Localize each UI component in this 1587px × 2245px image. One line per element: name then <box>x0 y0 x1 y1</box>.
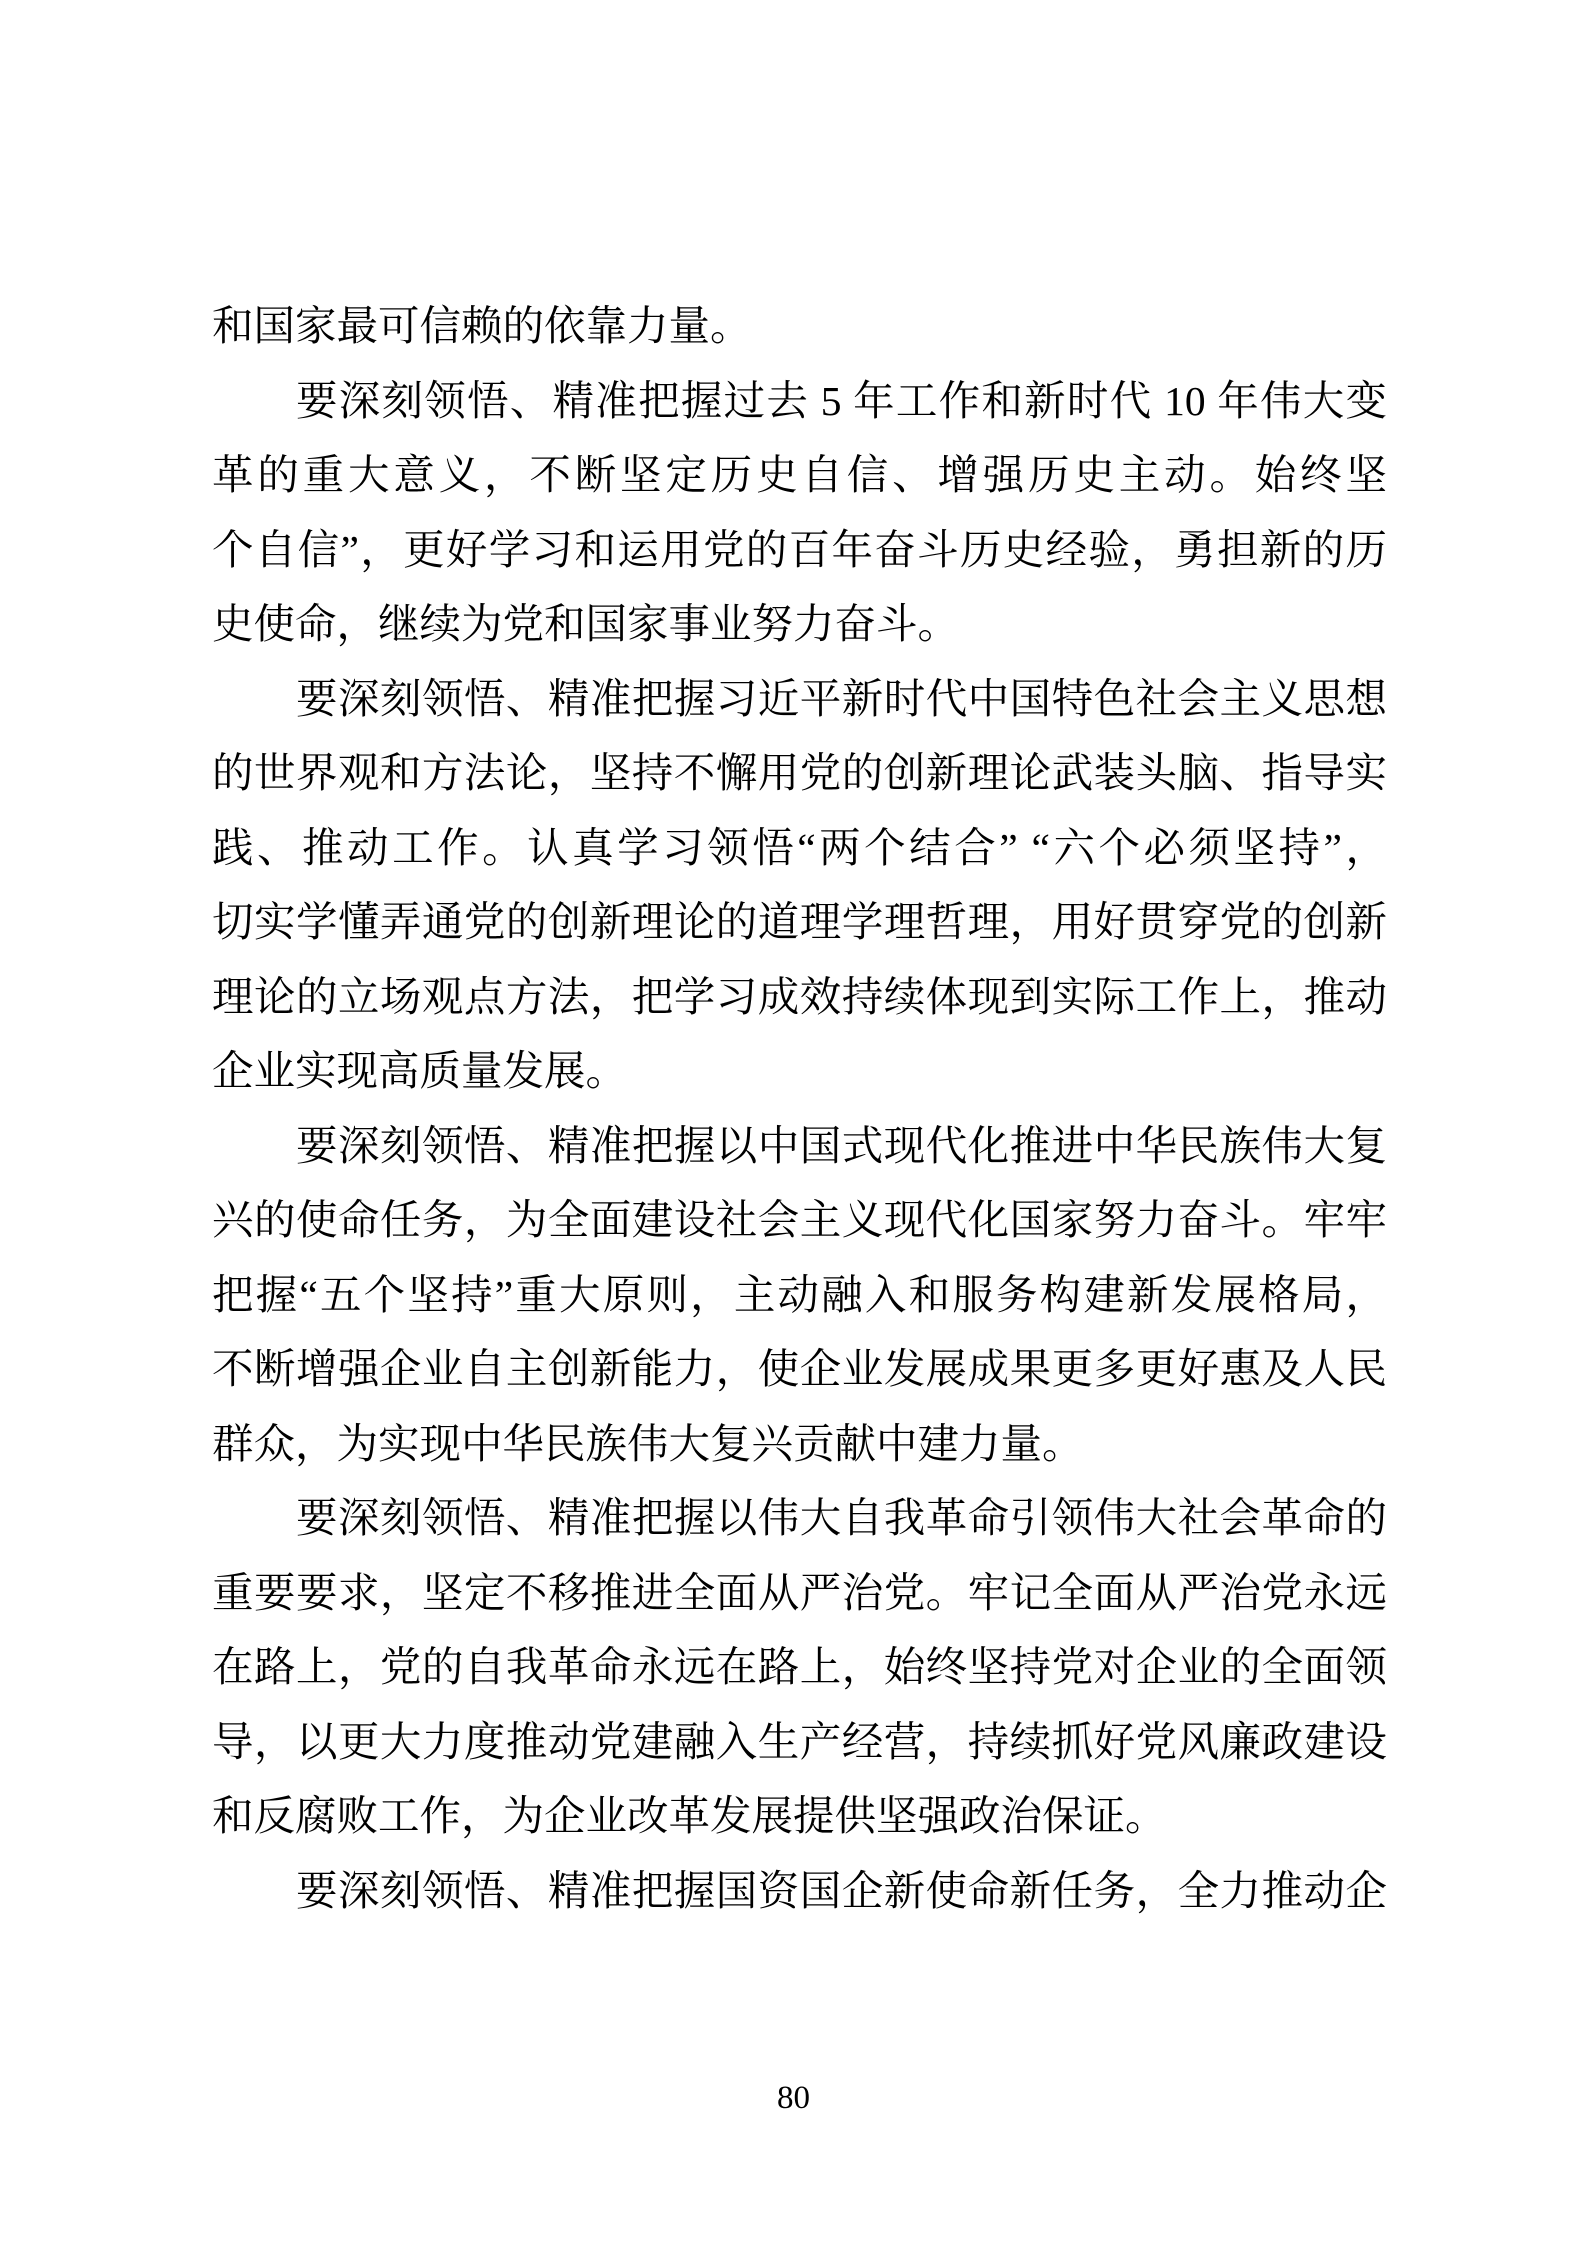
text-line: 和反腐败工作，为企业改革发展提供坚强政治保证。 <box>212 1779 1387 1854</box>
text-line: 要深刻领悟、精准把握过去 5 年工作和新时代 10 年伟大变 <box>212 364 1387 439</box>
text-line: 要深刻领悟、精准把握以中国式现代化推进中华民族伟大复 <box>212 1109 1387 1184</box>
text-line: 兴的使命任务，为全面建设社会主义现代化国家努力奋斗。牢牢 <box>212 1183 1387 1258</box>
text-line: 在路上，党的自我革命永远在路上，始终坚持党对企业的全面领 <box>212 1630 1387 1705</box>
text-line: 群众，为实现中华民族伟大复兴贡献中建力量。 <box>212 1407 1387 1482</box>
text-line: 不断增强企业自主创新能力，使企业发展成果更多更好惠及人民 <box>212 1332 1387 1407</box>
page-number: 80 <box>0 2078 1587 2118</box>
text-line: 要深刻领悟、精准把握习近平新时代中国特色社会主义思想 <box>212 662 1387 737</box>
text-line: 践、推动工作。认真学习领悟“两个结合” “六个必须坚持”， <box>212 811 1387 886</box>
text-line: 的世界观和方法论，坚持不懈用党的创新理论武装头脑、指导实 <box>212 736 1387 811</box>
text-line: 要深刻领悟、精准把握以伟大自我革命引领伟大社会革命的 <box>212 1481 1387 1556</box>
text-line: 导，以更大力度推动党建融入生产经营，持续抓好党风廉政建设 <box>212 1705 1387 1780</box>
text-line: 理论的立场观点方法，把学习成效持续体现到实际工作上，推动 <box>212 960 1387 1035</box>
document-page: 和国家最可信赖的依靠力量。要深刻领悟、精准把握过去 5 年工作和新时代 10 年… <box>0 0 1587 2245</box>
body-text: 和国家最可信赖的依靠力量。要深刻领悟、精准把握过去 5 年工作和新时代 10 年… <box>212 289 1387 1928</box>
text-line: 企业实现高质量发展。 <box>212 1034 1387 1109</box>
text-line: 要深刻领悟、精准把握国资国企新使命新任务，全力推动企 <box>212 1854 1387 1929</box>
text-line: 把握“五个坚持”重大原则，主动融入和服务构建新发展格局， <box>212 1258 1387 1333</box>
text-line: 重要要求，坚定不移推进全面从严治党。牢记全面从严治党永远 <box>212 1556 1387 1631</box>
text-line: 革的重大意义，不断坚定历史自信、增强历史主动。始终坚定“四 <box>212 438 1387 513</box>
text-line: 和国家最可信赖的依靠力量。 <box>212 289 1387 364</box>
text-line: 史使命，继续为党和国家事业努力奋斗。 <box>212 587 1387 662</box>
text-line: 个自信”，更好学习和运用党的百年奋斗历史经验，勇担新的历 <box>212 513 1387 588</box>
text-line: 切实学懂弄通党的创新理论的道理学理哲理，用好贯穿党的创新 <box>212 885 1387 960</box>
